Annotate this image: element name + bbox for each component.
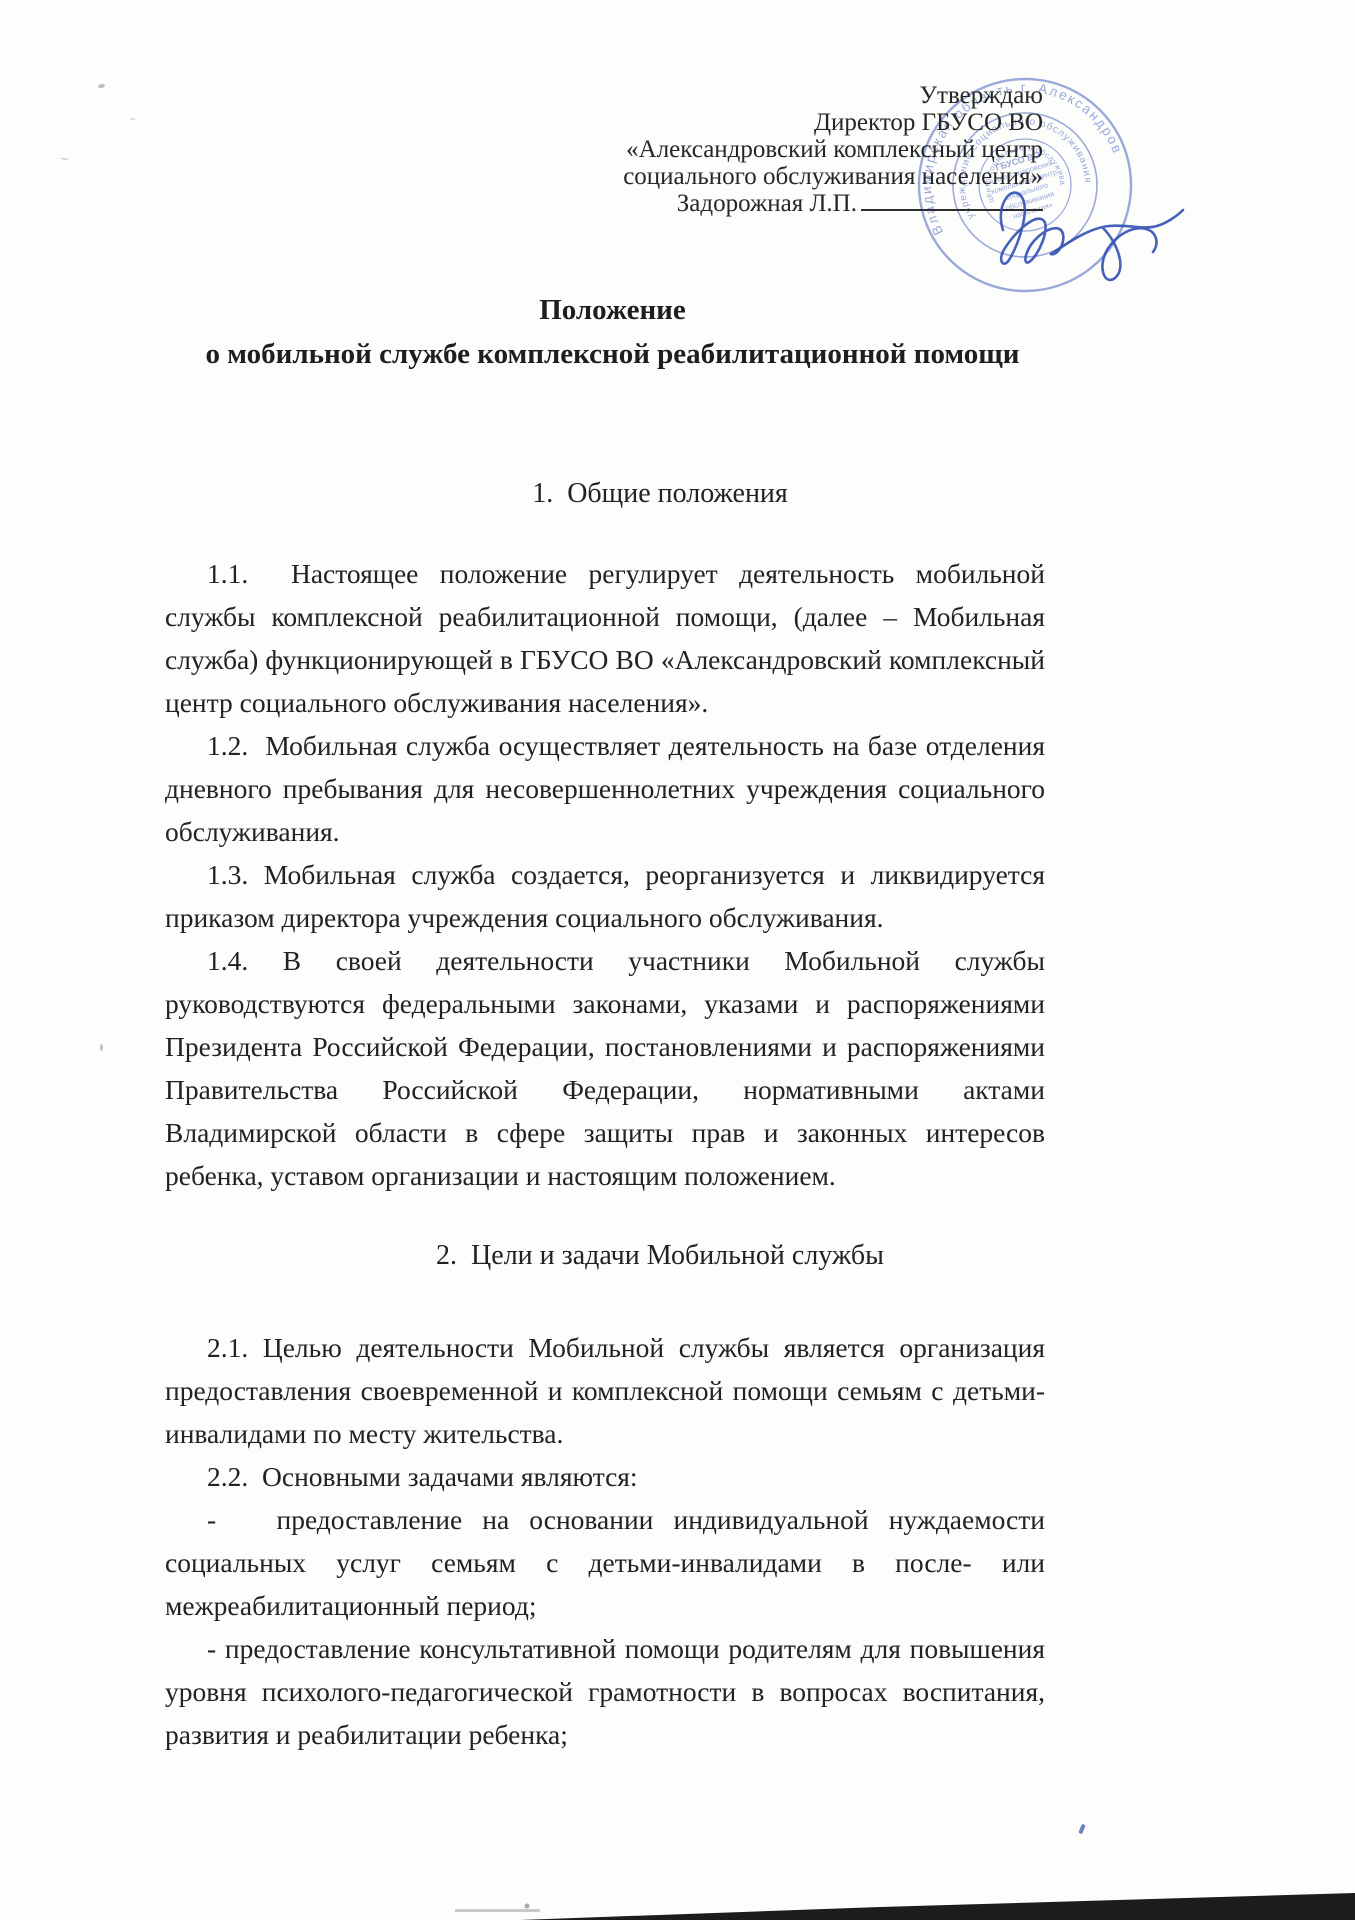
- document-page: Владимирская область г. Александров учре…: [0, 0, 1355, 1920]
- scanner-edge-dot: [525, 1904, 530, 1909]
- scanner-edge-band: [520, 1893, 1355, 1920]
- scanner-edge-shadow: [0, 0, 1355, 1920]
- scanner-edge-smudge: [455, 1909, 540, 1912]
